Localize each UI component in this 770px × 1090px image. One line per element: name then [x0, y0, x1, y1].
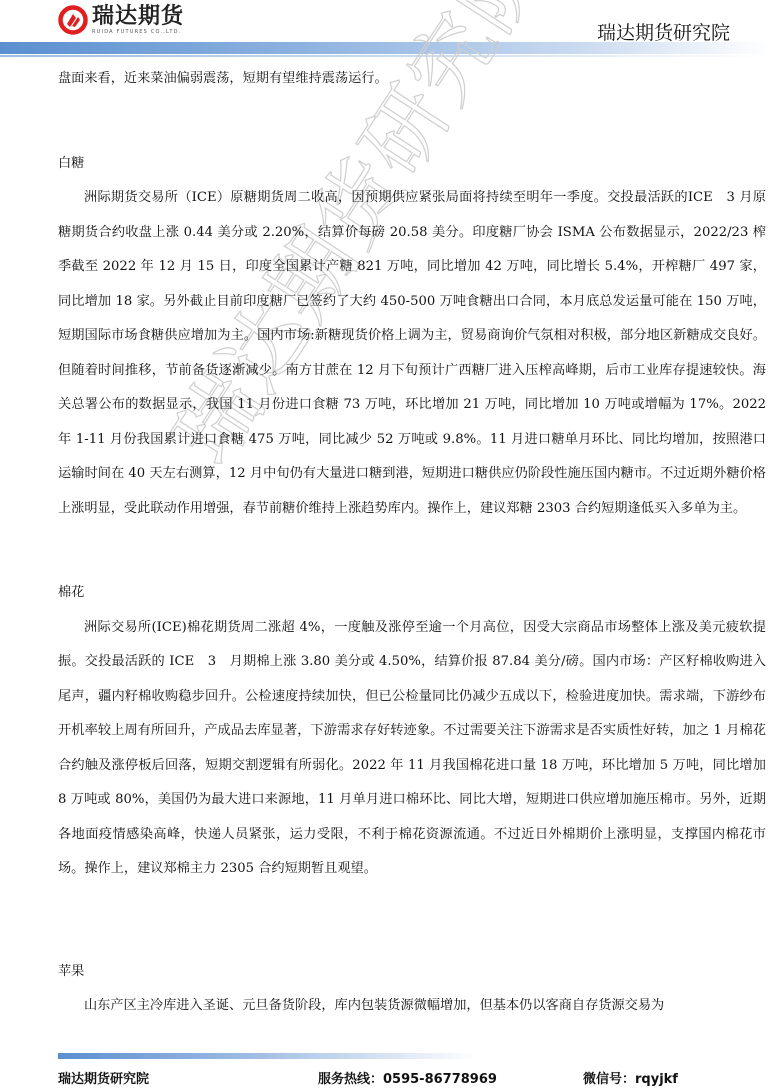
section-body-cotton: 洲际交易所(ICE)棉花期货周二涨超 4%，一度触及涨停至逾一个月高位，因受大宗… [58, 611, 766, 887]
footer-org: 瑞达期货研究院 [58, 1068, 149, 1087]
intro-paragraph: 盘面来看，近来菜油偏弱震荡，短期有望维持震荡运行。 [58, 62, 766, 97]
company-logo: 瑞达期货 RUIDA FUTURES CO.,LTD. [58, 5, 184, 39]
report-body: 盘面来看，近来菜油偏弱震荡，短期有望维持震荡运行。 白糖 洲际期货交易所（ICE… [58, 62, 766, 1024]
ruida-logo-icon [58, 5, 88, 35]
header-divider [0, 55, 770, 57]
logo-chinese-name: 瑞达期货 [92, 5, 184, 29]
section-heading-sugar: 白糖 [58, 147, 766, 182]
section-heading-apple: 苹果 [58, 955, 766, 990]
footer-gradient-bar [58, 1053, 478, 1059]
section-body-apple: 山东产区主冷库进入圣诞、元旦备货阶段，库内包装货源微幅增加，但基本仍以客商自存货… [58, 989, 766, 1024]
footer-hotline: 服务热线：0595-86778969 [318, 1068, 497, 1087]
page-header: 瑞达期货 RUIDA FUTURES CO.,LTD. 瑞达期货研究院 [0, 0, 770, 60]
section-body-sugar: 洲际期货交易所（ICE）原糖期货周二收高，因预期供应紧张局面将持续至明年一季度。… [58, 181, 766, 526]
header-title: 瑞达期货研究院 [597, 18, 730, 45]
logo-english-name: RUIDA FUTURES CO.,LTD. [92, 29, 184, 36]
section-heading-cotton: 棉花 [58, 576, 766, 611]
header-gradient-bar [0, 42, 770, 54]
footer-wechat: 微信号：rqyjkf [583, 1068, 678, 1087]
